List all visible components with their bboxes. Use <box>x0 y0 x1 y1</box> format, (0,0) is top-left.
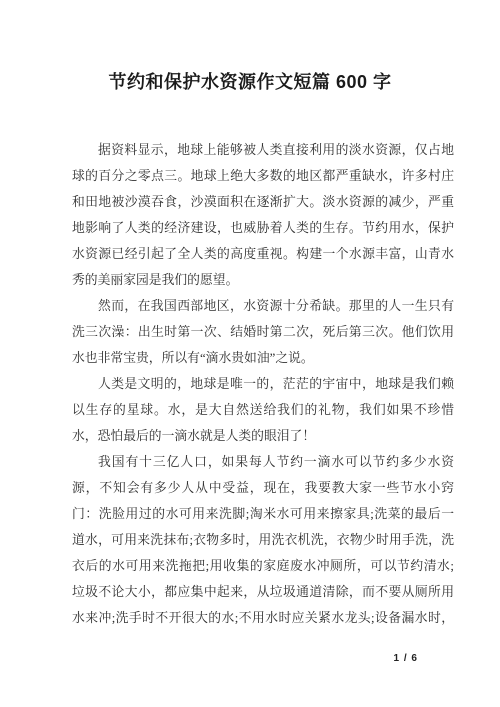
text-line: 地影响了人类的经济建设，也威胁着人类的生存。节约用水，保护 <box>72 215 454 241</box>
text-line: 球的百分之零点三。地球上绝大多数的地区都严重缺水，许多村庄 <box>72 163 454 189</box>
document-page: 节约和保护水资源作文短篇 600 字 据资料显示，地球上能够被人类直接利用的淡水… <box>0 0 500 707</box>
text-line: 秀的美丽家园是我们的愿望。 <box>72 267 454 293</box>
text-line: 和田地被沙漠吞食，沙漠面积在逐渐扩大。淡水资源的减少，严重 <box>72 189 454 215</box>
text-line: 人类是文明的，地球是唯一的，茫茫的宇宙中，地球是我们赖 <box>72 371 454 397</box>
essay-body: 据资料显示，地球上能够被人类直接利用的淡水资源，仅占地 球的百分之零点三。地球上… <box>72 137 454 631</box>
page-indicator: 1 / 6 <box>0 652 418 666</box>
text-line: 洗三次澡：出生时第一次、结婚时第二次，死后第三次。他们饮用 <box>72 319 454 345</box>
page-title: 节约和保护水资源作文短篇 600 字 <box>0 70 500 94</box>
text-line: 水，恐怕最后的一滴水就是人类的眼泪了！ <box>72 423 454 449</box>
text-line: 垃圾不论大小，都应集中起来，从垃圾通道清除，而不要从厕所用 <box>72 579 454 605</box>
text-line: 我国有十三亿人口，如果每人节约一滴水可以节约多少水资 <box>72 449 454 475</box>
text-line: 然而，在我国西部地区，水资源十分希缺。那里的人一生只有 <box>72 293 454 319</box>
text-line: 水资源已经引起了全人类的高度重视。构建一个水源丰富，山青水 <box>72 241 454 267</box>
text-line: 衣后的水可用来洗拖把;用收集的家庭废水冲厕所，可以节约清水; <box>72 553 454 579</box>
text-line: 据资料显示，地球上能够被人类直接利用的淡水资源，仅占地 <box>72 137 454 163</box>
text-line: 水也非常宝贵，所以有“滴水贵如油”之说。 <box>72 345 454 371</box>
text-line: 源，不知会有多少人从中受益，现在，我要教大家一些节水小窍 <box>72 475 454 501</box>
text-line: 水来冲;洗手时不开很大的水;不用水时应关紧水龙头;设备漏水时， <box>72 605 454 631</box>
text-line: 以生存的星球。水，是大自然送给我们的礼物，我们如果不珍惜 <box>72 397 454 423</box>
text-line: 道水，可用来洗抹布;衣物多时，用洗衣机洗，衣物少时用手洗，洗 <box>72 527 454 553</box>
text-line: 门：洗脸用过的水可用来洗脚;淘米水可用来擦家具;洗菜的最后一 <box>72 501 454 527</box>
